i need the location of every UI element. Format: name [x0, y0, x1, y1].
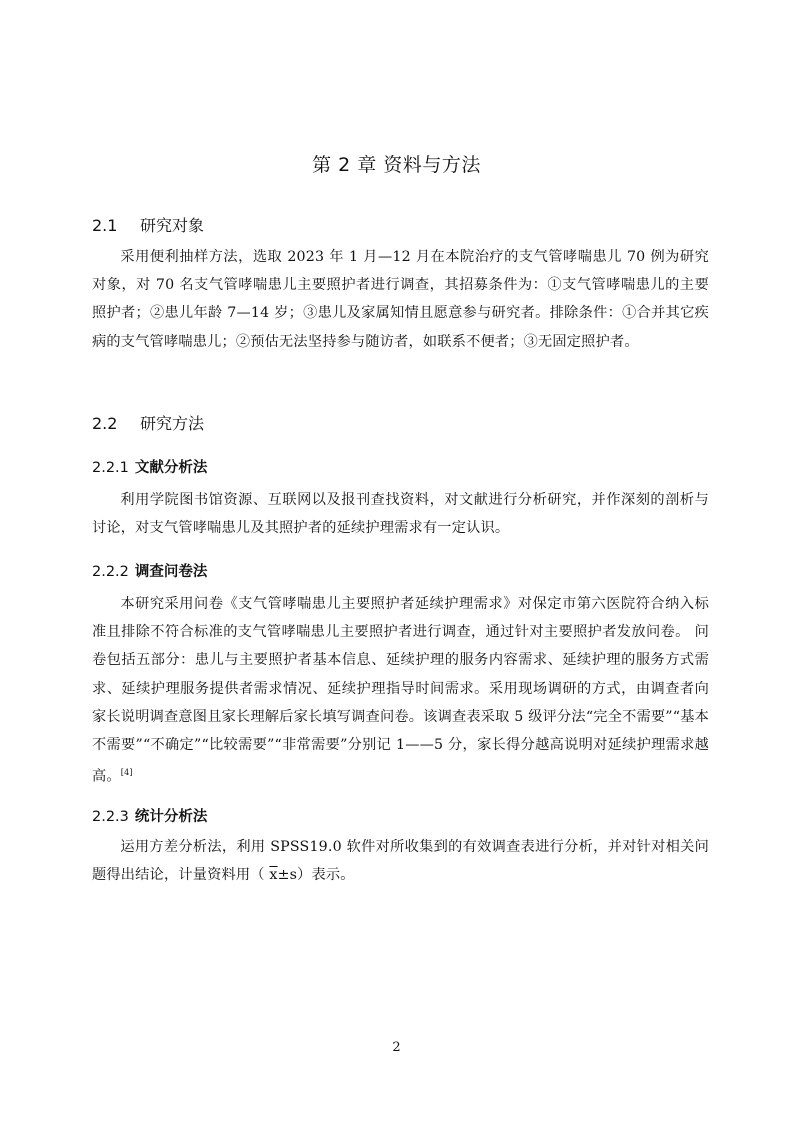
subsection-title: 统计分析法 [135, 809, 208, 825]
subsection-heading-2-2-1: 2.2.1文献分析法 [92, 456, 207, 477]
citation: [4] [121, 768, 133, 777]
document-page: 第 2 章 资料与方法 2.1研究对象 采用便利抽样方法，选取 2023 年 1… [0, 0, 793, 1122]
page-number: 2 [0, 1040, 793, 1055]
subsection-number: 2.2.2 [92, 564, 129, 580]
section-number: 2.2 [92, 414, 140, 433]
paragraph-statistical-analysis: 运用方差分析法，利用 SPSS19.0 软件对所收集到的有效调查表进行分析，并对… [92, 833, 709, 889]
section-title: 研究方法 [140, 414, 204, 433]
mean-symbol: x [269, 867, 277, 883]
section-heading-2-1: 2.1研究对象 [92, 213, 204, 236]
subsection-heading-2-2-2: 2.2.2调查问卷法 [92, 560, 207, 581]
paragraph-research-subjects: 采用便利抽样方法，选取 2023 年 1 月—12 月在本院治疗的支气管哮喘患儿… [92, 243, 709, 356]
paragraph-text-end: ±s）表示。 [278, 867, 355, 883]
section-title: 研究对象 [140, 216, 204, 235]
section-number: 2.1 [92, 216, 140, 235]
subsection-heading-2-2-3: 2.2.3统计分析法 [92, 805, 207, 826]
chapter-title: 第 2 章 资料与方法 [0, 150, 793, 177]
paragraph-questionnaire-method: 本研究采用问卷《支气管哮喘患儿主要照护者延续护理需求》对保定市第六医院符合纳入标… [92, 590, 709, 791]
paragraph-text: 运用方差分析法，利用 SPSS19.0 软件对所收集到的有效调查表进行分析，并对… [92, 839, 709, 883]
subsection-title: 文献分析法 [135, 460, 208, 476]
subsection-number: 2.2.3 [92, 809, 129, 825]
paragraph-literature-analysis: 利用学院图书馆资源、互联网以及报刊查找资料，对文献进行分析研究，并作深刻的剖析与… [92, 486, 709, 542]
paragraph-text: 本研究采用问卷《支气管哮喘患儿主要照护者延续护理需求》对保定市第六医院符合纳入标… [92, 596, 709, 785]
subsection-number: 2.2.1 [92, 460, 129, 476]
section-heading-2-2: 2.2研究方法 [92, 411, 204, 434]
subsection-title: 调查问卷法 [135, 564, 208, 580]
